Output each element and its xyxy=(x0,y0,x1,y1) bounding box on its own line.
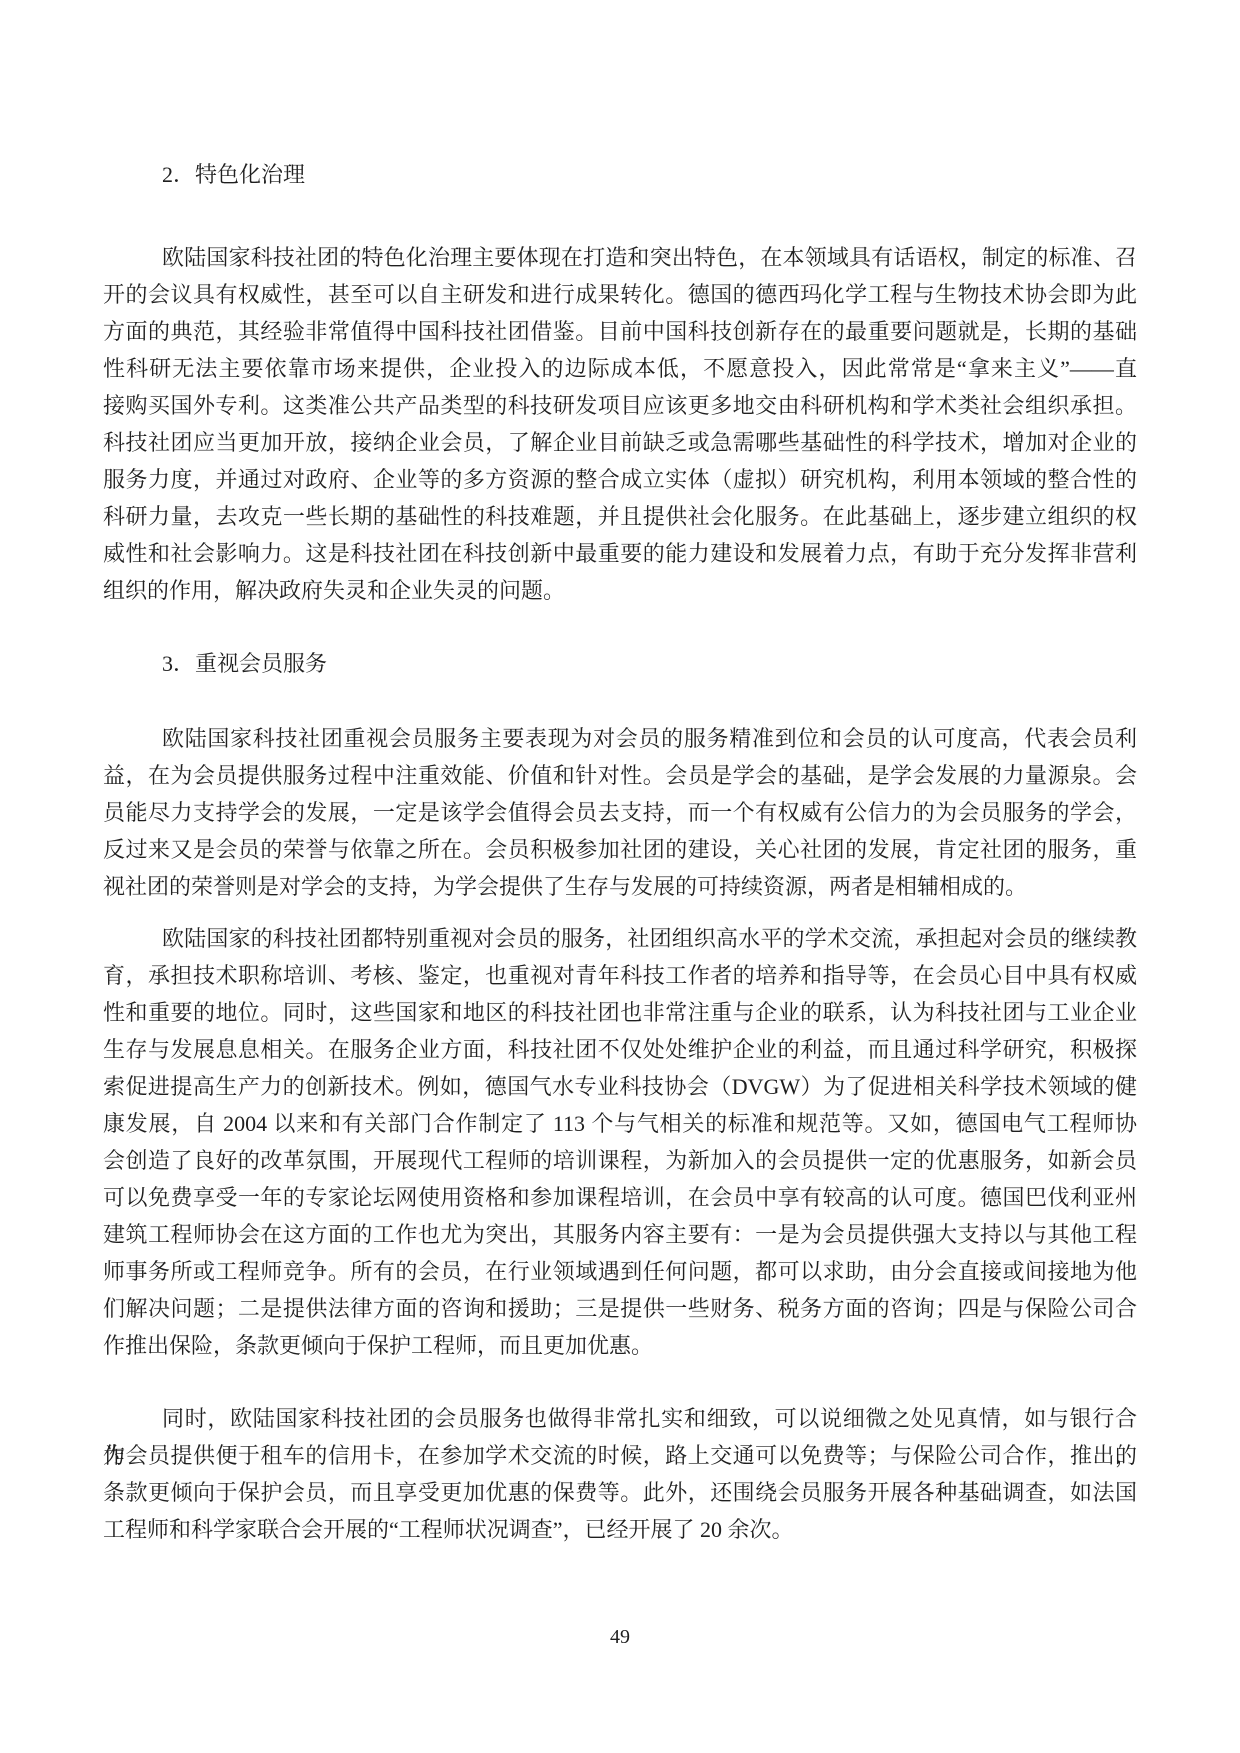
para-4-line-4: 工程师和科学家联合会开展的“工程师状况调查”，已经开展了 20 余次。 xyxy=(103,1511,1137,1548)
para-3-line-1: 欧陆国家的科技社团都特别重视对会员的服务，社团组织高水平的学术交流，承担起对会员… xyxy=(103,920,1137,957)
para-3-line-11: 们解决问题；二是提供法律方面的咨询和援助；三是提供一些财务、税务方面的咨询；四是… xyxy=(103,1290,1137,1327)
para-3: 欧陆国家的科技社团都特别重视对会员的服务，社团组织高水平的学术交流，承担起对会员… xyxy=(103,920,1137,1364)
para-1-line-3: 方面的典范，其经验非常值得中国科技社团借鉴。目前中国科技创新存在的最重要问题就是… xyxy=(103,313,1137,350)
para-3-line-12: 作推出保险，条款更倾向于保护工程师，而且更加优惠。 xyxy=(103,1327,1137,1364)
para-3-line-8: 可以免费享受一年的专家论坛网使用资格和参加课程培训，在会员中享有较高的认可度。德… xyxy=(103,1179,1137,1216)
para-2-line-4: 反过来又是会员的荣誉与依靠之所在。会员积极参加社团的建设，关心社团的发展，肯定社… xyxy=(103,831,1137,868)
para-2-line-5: 视社团的荣誉则是对学会的支持，为学会提供了生存与发展的可持续资源，两者是相辅相成… xyxy=(103,868,1137,905)
para-2-line-1: 欧陆国家科技社团重视会员服务主要表现为对会员的服务精准到位和会员的认可度高，代表… xyxy=(103,720,1137,757)
para-4-line-2: 为会员提供便于租车的信用卡，在参加学术交流的时候，路上交通可以免费等；与保险公司… xyxy=(103,1437,1137,1474)
para-2: 欧陆国家科技社团重视会员服务主要表现为对会员的服务精准到位和会员的认可度高，代表… xyxy=(103,720,1137,905)
para-3-line-10: 师事务所或工程师竞争。所有的会员，在行业领域遇到任何问题，都可以求助，由分会直接… xyxy=(103,1253,1137,1290)
para-1-line-5: 接购买国外专利。这类准公共产品类型的科技研发项目应该更多地交由科研机构和学术类社… xyxy=(103,387,1137,424)
para-1: 欧陆国家科技社团的特色化治理主要体现在打造和突出特色，在本领域具有话语权，制定的… xyxy=(103,239,1137,609)
para-1-line-2: 开的会议具有权威性，甚至可以自主研发和进行成果转化。德国的德西玛化学工程与生物技… xyxy=(103,276,1137,313)
para-1-line-4: 性科研无法主要依靠市场来提供，企业投入的边际成本低，不愿意投入，因此常常是“拿来… xyxy=(103,350,1137,387)
para-1-line-1: 欧陆国家科技社团的特色化治理主要体现在打造和突出特色，在本领域具有话语权，制定的… xyxy=(103,239,1137,276)
para-3-line-7: 会创造了良好的改革氛围，开展现代工程师的培训课程，为新加入的会员提供一定的优惠服… xyxy=(103,1142,1137,1179)
para-1-line-10: 组织的作用，解决政府失灵和企业失灵的问题。 xyxy=(103,572,1137,609)
para-1-line-9: 威性和社会影响力。这是科技社团在科技创新中最重要的能力建设和发展着力点，有助于充… xyxy=(103,535,1137,572)
para-3-line-9: 建筑工程师协会在这方面的工作也尤为突出，其服务内容主要有：一是为会员提供强大支持… xyxy=(103,1216,1137,1253)
section-3-heading: 3．重视会员服务 xyxy=(103,645,1137,682)
document-content: 2．特色化治理欧陆国家科技社团的特色化治理主要体现在打造和突出特色，在本领域具有… xyxy=(103,156,1137,1548)
para-4-line-1: 同时，欧陆国家科技社团的会员服务也做得非常扎实和细致，可以说细微之处见真情，如与… xyxy=(103,1400,1137,1437)
para-3-line-4: 生存与发展息息相关。在服务企业方面，科技社团不仅处处维护企业的利益，而且通过科学… xyxy=(103,1031,1137,1068)
para-3-line-2: 育，承担技术职称培训、考核、鉴定，也重视对青年科技工作者的培养和指导等，在会员心… xyxy=(103,957,1137,994)
section-2-heading: 2．特色化治理 xyxy=(103,156,1137,193)
page-footer: 49 xyxy=(0,1623,1240,1651)
para-2-line-2: 益，在为会员提供服务过程中注重效能、价值和针对性。会员是学会的基础，是学会发展的… xyxy=(103,757,1137,794)
para-4-line-3: 条款更倾向于保护会员，而且享受更加优惠的保费等。此外，还围绕会员服务开展各种基础… xyxy=(103,1474,1137,1511)
document-page: 2．特色化治理欧陆国家科技社团的特色化治理主要体现在打造和突出特色，在本领域具有… xyxy=(0,0,1240,1753)
page-number: 49 xyxy=(610,1626,630,1648)
para-1-line-7: 服务力度，并通过对政府、企业等的多方资源的整合成立实体（虚拟）研究机构，利用本领… xyxy=(103,461,1137,498)
para-4: 同时，欧陆国家科技社团的会员服务也做得非常扎实和细致，可以说细微之处见真情，如与… xyxy=(103,1400,1137,1548)
para-2-line-3: 员能尽力支持学会的发展，一定是该学会值得会员去支持，而一个有权威有公信力的为会员… xyxy=(103,794,1137,831)
para-3-line-3: 性和重要的地位。同时，这些国家和地区的科技社团也非常注重与企业的联系，认为科技社… xyxy=(103,994,1137,1031)
para-3-line-6: 康发展，自 2004 以来和有关部门合作制定了 113 个与气相关的标准和规范等… xyxy=(103,1105,1137,1142)
para-1-line-8: 科研力量，去攻克一些长期的基础性的科技难题，并且提供社会化服务。在此基础上，逐步… xyxy=(103,498,1137,535)
para-1-line-6: 科技社团应当更加开放，接纳企业会员，了解企业目前缺乏或急需哪些基础性的科学技术，… xyxy=(103,424,1137,461)
para-3-line-5: 索促进提高生产力的创新技术。例如，德国气水专业科技协会（DVGW）为了促进相关科… xyxy=(103,1068,1137,1105)
